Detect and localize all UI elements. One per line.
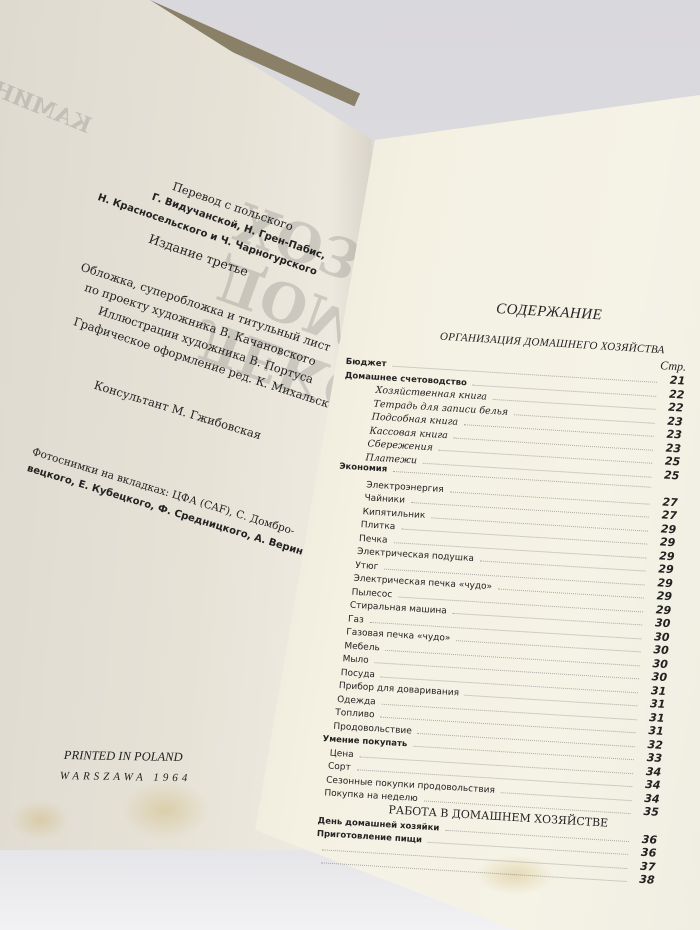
table-of-contents: СОДЕРЖАНИЕ ОРГАНИЗАЦИЯ ДОМАШНЕГО ХОЗЯЙСТ… <box>315 292 689 887</box>
toc-entry-page: 22 <box>661 400 684 414</box>
toc-entry-label: Печка <box>359 534 388 546</box>
toc-entry-label: Сорт <box>328 762 351 773</box>
toc-entry-page: 29 <box>650 575 673 589</box>
toc-entries: Бюджет21Домашнее счетоводство22Хозяйстве… <box>319 354 686 819</box>
toc-entry-page: 27 <box>655 495 678 509</box>
toc-entry-label: Плитка <box>360 520 395 532</box>
toc-entry-label: Мебель <box>344 641 380 653</box>
toc-entry-page: 34 <box>638 778 661 792</box>
toc-entry-page: 29 <box>649 602 672 616</box>
toc-entry-page: 31 <box>643 697 666 711</box>
toc-entry-page: 34 <box>637 791 660 805</box>
toc-entry-page: 30 <box>645 670 668 684</box>
toc-entry-page: 25 <box>657 468 680 482</box>
page-stain <box>120 780 210 840</box>
toc-entry-label: Цена <box>330 748 355 759</box>
toc-entry-page: 22 <box>662 387 685 401</box>
toc-entry-page: 34 <box>639 764 662 778</box>
toc-entry-page: 31 <box>641 724 664 738</box>
toc-entry-label: Посуда <box>340 668 375 680</box>
toc-entry-page: 33 <box>640 751 663 765</box>
toc-entry-page: 23 <box>660 414 683 428</box>
toc-entry-page: 35 <box>636 804 659 818</box>
page-stain <box>10 800 70 840</box>
toc-entry-page: 29 <box>652 548 675 562</box>
imprint-city-year: WARSZAWA 1964 <box>60 770 192 784</box>
toc-entry-page: 36 <box>635 832 658 846</box>
toc-entry-page: 30 <box>646 656 669 670</box>
toc-entry-page: 23 <box>660 427 683 441</box>
toc-entry-page: 29 <box>650 589 673 603</box>
toc-entry-page: 25 <box>658 454 681 468</box>
toc-entry-page: 30 <box>648 616 671 630</box>
toc-entry-page <box>657 488 679 489</box>
toc-entry-page: 29 <box>651 562 674 576</box>
toc-entry-page: 30 <box>647 629 670 643</box>
toc-entry-page: 31 <box>642 710 665 724</box>
toc-entry-label: Экономия <box>339 462 387 475</box>
toc-entry-page: 27 <box>655 508 678 522</box>
toc-entry-label: Газ <box>348 614 364 625</box>
toc-entry-label: Мыло <box>342 654 369 666</box>
toc-entry-page: 29 <box>654 522 677 536</box>
toc-entry-label: Утюг <box>355 560 379 571</box>
toc-entry-page: 30 <box>646 643 669 657</box>
toc-entry-page: 31 <box>644 683 667 697</box>
toc-entry-page: 32 <box>641 737 664 751</box>
photo-scene: КАМИНСКАЯ ЛЕКСИКОН ДОМАШНЕГО ХОЗЯЙСТВА П… <box>0 0 700 930</box>
imprint-country: PRINTED IN POLAND <box>64 748 183 765</box>
toc-entry-page: 37 <box>633 859 656 873</box>
toc-entry-page: 38 <box>632 872 655 886</box>
toc-entry-page: 29 <box>653 535 676 549</box>
toc-entry-page: 21 <box>663 373 686 387</box>
toc-entry-page: 23 <box>659 441 682 455</box>
toc-entry-page: 36 <box>634 845 657 859</box>
toc-entry-label: Покупка на неделю <box>324 788 418 804</box>
